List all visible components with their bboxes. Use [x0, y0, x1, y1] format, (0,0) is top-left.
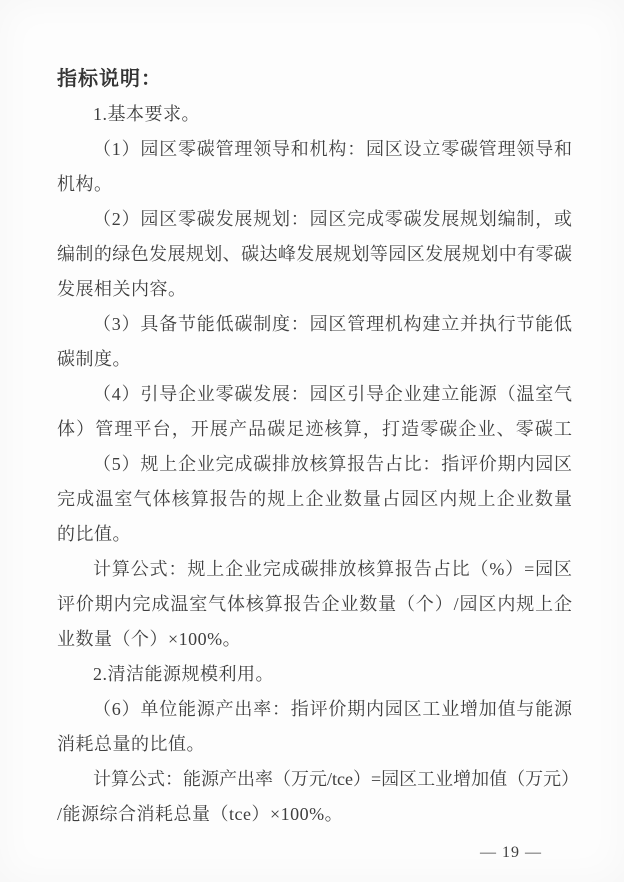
page-number: — 19 —: [57, 838, 572, 868]
paragraph-line: 评价期内完成温室气体核算报告企业数量（个）/园区内规上企: [57, 587, 572, 622]
paragraph-line: （4）引导企业零碳发展：园区引导企业建立能源（温室气: [57, 377, 572, 412]
paragraph-line: 业数量（个）×100%。: [57, 622, 572, 657]
paragraph-line: 计算公式：规上企业完成碳排放核算报告占比（%）=园区: [57, 552, 572, 587]
paragraph-line: 编制的绿色发展规划、碳达峰发展规划等园区发展规划中有零碳: [57, 237, 572, 272]
paragraph-line: 机构。: [57, 167, 572, 202]
paragraph-line: 1.基本要求。: [57, 97, 572, 132]
paragraph-line: /能源综合消耗总量（tce）×100%。: [57, 797, 572, 832]
paragraph-line: 计算公式：能源产出率（万元/tce）=园区工业增加值（万元）: [57, 762, 572, 797]
paragraph-line: 碳制度。: [57, 342, 572, 377]
paragraph-line: （1）园区零碳管理领导和机构：园区设立零碳管理领导和: [57, 132, 572, 167]
paragraph-line: （2）园区零碳发展规划：园区完成零碳发展规划编制，或: [57, 202, 572, 237]
document-page: 指标说明： 1.基本要求。 （1）园区零碳管理领导和机构：园区设立零碳管理领导和…: [0, 0, 624, 882]
paragraph-line: 完成温室气体核算报告的规上企业数量占园区内规上企业数量: [57, 482, 572, 517]
paragraph-line: 的比值。: [57, 517, 572, 552]
section-heading: 指标说明：: [57, 62, 572, 97]
paragraph-line: 2.清洁能源规模利用。: [57, 657, 572, 692]
paragraph-line: （3）具备节能低碳制度：园区管理机构建立并执行节能低: [57, 307, 572, 342]
paragraph-line: （6）单位能源产出率：指评价期内园区工业增加值与能源: [57, 692, 572, 727]
paragraph-line: 体）管理平台，开展产品碳足迹核算，打造零碳企业、零碳工厂。: [57, 412, 572, 447]
paragraph-line: 消耗总量的比值。: [57, 727, 572, 762]
paragraph-line: （5）规上企业完成碳排放核算报告占比：指评价期内园区: [57, 447, 572, 482]
paragraph-line: 发展相关内容。: [57, 272, 572, 307]
